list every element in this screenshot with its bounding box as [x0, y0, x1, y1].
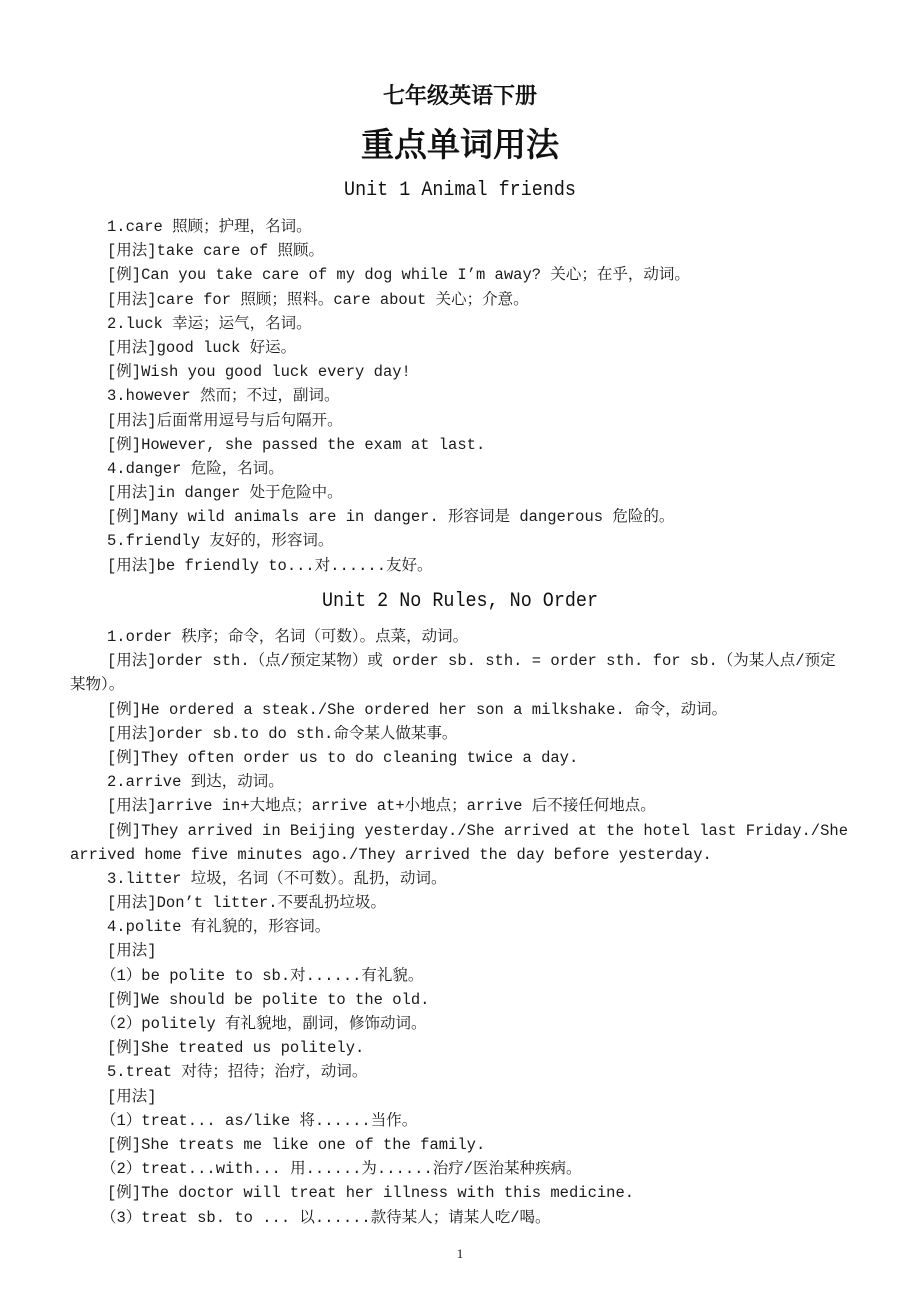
- sub-usage-line: （1）be polite to sb.对......有礼貌。: [70, 964, 860, 988]
- continuation-line: 某物）。: [70, 673, 860, 697]
- usage-line: [用法]arrive in+大地点；arrive at+小地点；arrive 后…: [70, 794, 860, 818]
- document-subtitle: 七年级英语下册: [0, 82, 920, 112]
- entry-line: 4.polite 有礼貌的，形容词。: [70, 915, 860, 939]
- example-line: [例]She treats me like one of the family.: [70, 1133, 860, 1157]
- document-page: 七年级英语下册 重点单词用法 Unit 1 Animal friends 1.c…: [0, 0, 920, 1302]
- unit1-heading: Unit 1 Animal friends: [37, 178, 883, 204]
- entry-line: 1.order 秩序；命令，名词（可数）。点菜，动词。: [70, 625, 860, 649]
- usage-line: [用法]take care of 照顾。: [70, 239, 860, 263]
- usage-line: [用法]care for 照顾；照料。care about 关心；介意。: [70, 288, 860, 312]
- example-line: [例]However, she passed the exam at last.: [70, 433, 860, 457]
- usage-line: [用法]后面常用逗号与后句隔开。: [70, 409, 860, 433]
- entry-line: 5.friendly 友好的，形容词。: [70, 529, 860, 553]
- entry-line: 4.danger 危险，名词。: [70, 457, 860, 481]
- unit2-heading: Unit 2 No Rules, No Order: [37, 589, 883, 615]
- usage-line: [用法]good luck 好运。: [70, 336, 860, 360]
- document-title: 重点单词用法: [0, 123, 920, 167]
- example-line: [例]Can you take care of my dog while I’m…: [70, 263, 860, 287]
- page-number: 1: [0, 1246, 920, 1262]
- example-line: [例]Wish you good luck every day!: [70, 360, 860, 384]
- sub-usage-line: （3）treat sb. to ... 以......款待某人；请某人吃/喝。: [70, 1206, 860, 1230]
- example-line: [例]Many wild animals are in danger. 形容词是…: [70, 505, 860, 529]
- example-line: [例]The doctor will treat her illness wit…: [70, 1181, 860, 1205]
- usage-line: [用法]: [70, 1085, 860, 1109]
- usage-line: [用法]: [70, 939, 860, 963]
- unit1-content: 1.care 照顾；护理，名词。 [用法]take care of 照顾。 [例…: [70, 215, 860, 578]
- sub-usage-line: （1）treat... as/like 将......当作。: [70, 1109, 860, 1133]
- usage-line: [用法]order sth.（点/预定某物）或 order sb. sth. =…: [70, 649, 860, 673]
- sub-usage-line: （2）politely 有礼貌地，副词，修饰动词。: [70, 1012, 860, 1036]
- entry-line: 2.luck 幸运；运气，名词。: [70, 312, 860, 336]
- unit2-content: 1.order 秩序；命令，名词（可数）。点菜，动词。 [用法]order st…: [70, 625, 860, 1230]
- example-line: [例]He ordered a steak./She ordered her s…: [70, 698, 860, 722]
- sub-usage-line: （2）treat...with... 用......为......治疗/医治某种…: [70, 1157, 860, 1181]
- example-line: [例]They arrived in Beijing yesterday./Sh…: [70, 819, 860, 843]
- entry-line: 1.care 照顾；护理，名词。: [70, 215, 860, 239]
- entry-line: 5.treat 对待；招待；治疗，动词。: [70, 1060, 860, 1084]
- example-line: [例]They often order us to do cleaning tw…: [70, 746, 860, 770]
- example-line: [例]She treated us politely.: [70, 1036, 860, 1060]
- entry-line: 3.litter 垃圾，名词（不可数）。乱扔，动词。: [70, 867, 860, 891]
- entry-line: 2.arrive 到达，动词。: [70, 770, 860, 794]
- continuation-line: arrived home five minutes ago./They arri…: [70, 843, 860, 867]
- usage-line: [用法]order sb.to do sth.命令某人做某事。: [70, 722, 860, 746]
- entry-line: 3.however 然而；不过，副词。: [70, 384, 860, 408]
- usage-line: [用法]be friendly to...对......友好。: [70, 554, 860, 578]
- usage-line: [用法]in danger 处于危险中。: [70, 481, 860, 505]
- usage-line: [用法]Don’t litter.不要乱扔垃圾。: [70, 891, 860, 915]
- example-line: [例]We should be polite to the old.: [70, 988, 860, 1012]
